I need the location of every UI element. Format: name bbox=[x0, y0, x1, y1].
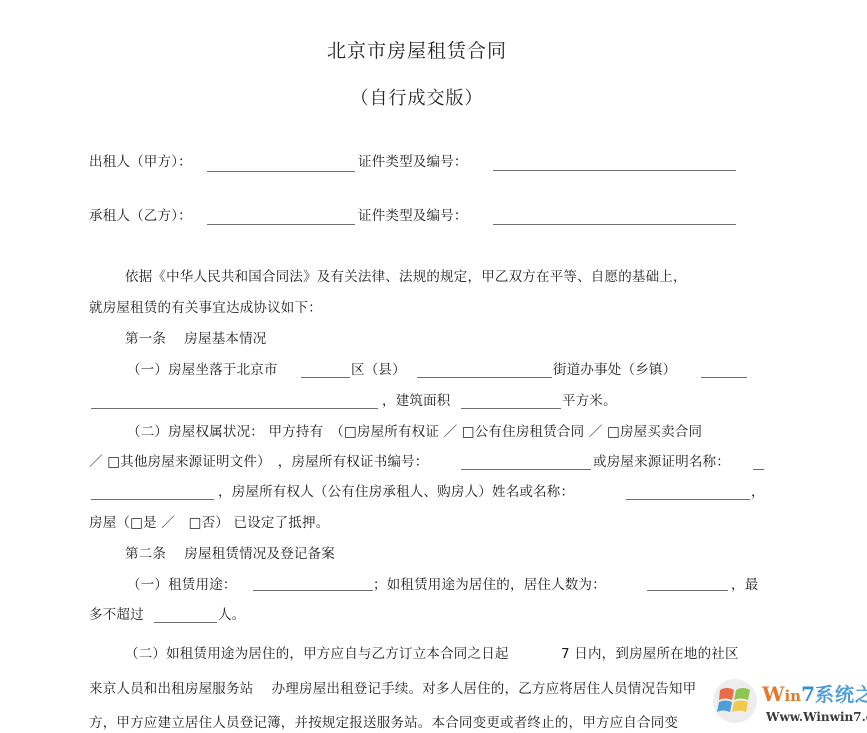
brand-cn: 系统之家 bbox=[815, 684, 867, 706]
owner-comma: ， bbox=[751, 483, 765, 501]
floor-area-label: ，建筑面积 bbox=[382, 392, 451, 410]
lessee-id-label: 证件类型及编号： bbox=[358, 207, 468, 225]
square-meters-label: 平方米。 bbox=[562, 392, 617, 410]
a1-item1-location-label: （一）房屋坐落于北京市 bbox=[127, 361, 278, 379]
ownership-cert-number-label: ／ □其他房屋来源证明文件） ，房屋所有权证书编号： bbox=[89, 453, 429, 471]
district-label: 区（县） bbox=[351, 361, 406, 379]
a2-item2-line-1a: （二）如租赁用途为居住的，甲方应自与乙方订立本合同之日起 bbox=[125, 645, 509, 663]
floor-area-blank[interactable] bbox=[461, 408, 561, 409]
preamble-line-2: 就房屋租赁的有关事宜达成协议如下： bbox=[89, 299, 322, 317]
contract-page: 北京市房屋租赁合同 （自行成交版） 出租人（甲方）： 证件类型及编号： 承租人（… bbox=[0, 0, 867, 733]
brand-in: in bbox=[784, 687, 801, 705]
document-title: 北京市房屋租赁合同 bbox=[0, 36, 834, 63]
street-office-label: 街道办事处（乡镇） bbox=[553, 361, 676, 379]
preamble-line-1: 依据《中华人民共和国合同法》及有关法律、法规的规定，甲乙双方在平等、自愿的基础上… bbox=[125, 268, 687, 286]
township-blank[interactable] bbox=[701, 377, 747, 378]
lessee-label: 承租人（乙方）： bbox=[89, 207, 192, 225]
source-proof-name-label: 或房屋来源证明名称： bbox=[593, 453, 730, 471]
max-label: ，最 bbox=[731, 576, 758, 594]
document-subtitle: （自行成交版） bbox=[0, 84, 834, 110]
watermark-url: Www.Winwin7.com bbox=[766, 710, 867, 724]
address-blank[interactable] bbox=[91, 408, 378, 409]
occupants-label: ；如租赁用途为居住的，居住人数为： bbox=[373, 576, 606, 594]
a2-item2-line-3: 方，甲方应建立居住人员登记簿，并按规定报送服务站。本合同变更或者终止的，甲方应自… bbox=[89, 714, 678, 732]
street-blank[interactable] bbox=[417, 377, 552, 378]
district-blank[interactable] bbox=[301, 377, 350, 378]
persons-label: 人。 bbox=[218, 606, 245, 624]
lessor-label: 出租人（甲方）： bbox=[89, 153, 192, 171]
a1-item2-ownership-line: （二）房屋权属状况： 甲方持有 （□房屋所有权证 ／ □公有住房租赁合同 ／ □… bbox=[127, 423, 702, 441]
a2-item2-line-1b: 7 日内，到房屋所在地的社区 bbox=[561, 645, 739, 663]
owner-name-label: ，房屋所有权人（公有住房承租人、购房人）姓名或名称： bbox=[218, 483, 574, 501]
watermark: Win7系统之家 Www.Winwin7.com bbox=[712, 672, 867, 733]
lease-purpose-label: （一）租赁用途： bbox=[127, 576, 237, 594]
article-1-heading: 第一条 房屋基本情况 bbox=[125, 330, 267, 348]
occupants-blank[interactable] bbox=[647, 590, 728, 591]
brand-7: 7 bbox=[801, 682, 815, 706]
lessor-id-label: 证件类型及编号： bbox=[358, 153, 468, 171]
mortgage-status-line: 房屋（□是 ／ □否） 已设定了抵押。 bbox=[89, 514, 329, 532]
windows-logo-icon bbox=[712, 678, 758, 724]
article-2-heading: 第二条 房屋租赁情况及登记备案 bbox=[125, 545, 335, 563]
source-proof-name-blank-cont[interactable] bbox=[91, 499, 214, 500]
lease-purpose-blank[interactable] bbox=[253, 590, 373, 591]
lessee-id-blank[interactable] bbox=[493, 224, 736, 225]
watermark-brand: Win7系统之家 bbox=[762, 680, 867, 707]
lessor-name-blank[interactable] bbox=[207, 171, 355, 172]
lessor-id-blank[interactable] bbox=[493, 170, 736, 171]
max-not-exceed-label: 多不超过 bbox=[89, 606, 144, 624]
source-proof-name-blank[interactable] bbox=[753, 469, 764, 470]
max-occupants-blank[interactable] bbox=[154, 622, 217, 623]
ownership-cert-number-blank[interactable] bbox=[461, 469, 591, 470]
lessee-name-blank[interactable] bbox=[207, 224, 355, 225]
a2-item2-line-2: 来京人员和出租房屋服务站 办理房屋出租登记手续。对多人居住的，乙方应将居住人员情… bbox=[89, 680, 696, 698]
brand-w: W bbox=[762, 682, 784, 706]
owner-name-blank[interactable] bbox=[626, 499, 750, 500]
